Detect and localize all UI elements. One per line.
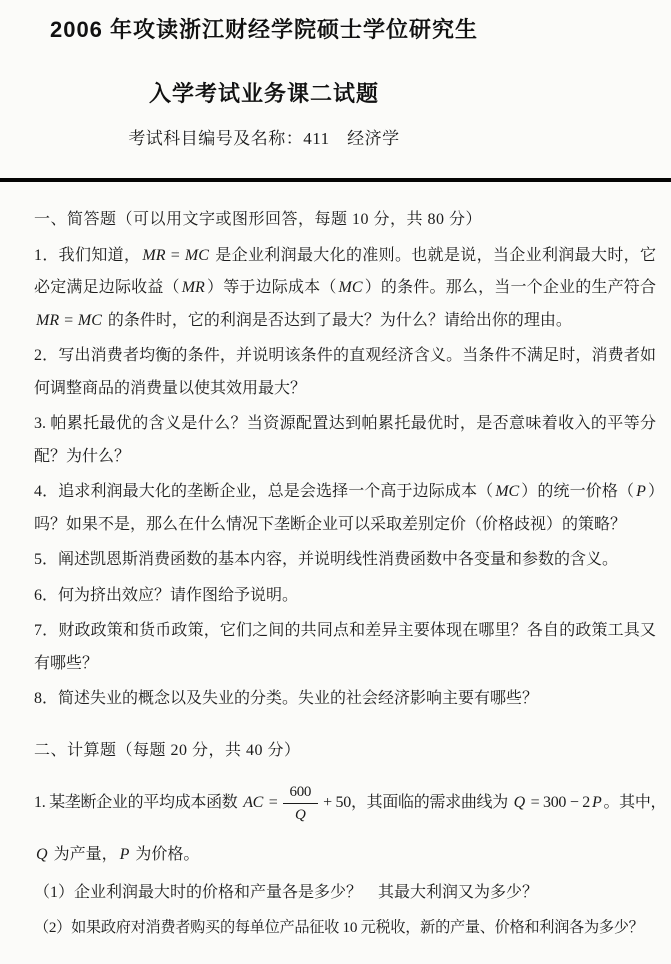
math-constant: + 50 — [323, 794, 351, 811]
section1-heading: 一、简答题（可以用文字或图形回答，每题 10 分，共 80 分） — [34, 204, 656, 237]
math-expression: MR = MC — [34, 312, 104, 329]
exam-title-line1: 2006 年攻读浙江财经学院硕士学位研究生 — [0, 16, 528, 44]
math-expression: MR = MC — [140, 247, 211, 264]
text-run: 4．追求利润最大化的垄断企业，总是会选择一个高于边际成本（ — [34, 483, 493, 500]
exam-header: 2006 年攻读浙江财经学院硕士学位研究生 入学考试业务课二试题 考试科目编号及… — [0, 0, 528, 150]
exam-body: 一、简答题（可以用文字或图形回答，每题 10 分，共 80 分） 1．我们知道，… — [0, 182, 671, 945]
question-7: 7．财政政策和货币政策，它们之间的共同点和差异主要体现在哪里？各自的政策工具又有… — [34, 615, 656, 680]
calc-sub-question-2: （2）如果政府对消费者购买的每单位产品征收 10 元税收，新的产量、价格和利润各… — [34, 912, 656, 945]
exam-paper-page: 2006 年攻读浙江财经学院硕士学位研究生 入学考试业务课二试题 考试科目编号及… — [0, 0, 671, 964]
text-run: 为价格。 — [131, 846, 199, 863]
text-run: 的条件时，它的利润是否达到了最大？为什么？请给出你的理由。 — [104, 312, 572, 329]
question-4: 4．追求利润最大化的垄断企业，总是会选择一个高于边际成本（MC）的统一价格（P）… — [34, 476, 656, 541]
text-run: 1．我们知道， — [34, 247, 140, 264]
calc-sub-question-1: （1）企业利润最大时的价格和产量各是多少？ 其最大利润又为多少？ — [34, 877, 656, 910]
text-run: 为产量， — [50, 846, 118, 863]
text-run: ）等于边际成本（ — [207, 279, 337, 296]
math-variable: Q — [34, 846, 50, 863]
math-variable: MR — [180, 279, 207, 296]
math-constant: = 300 − 2 — [527, 794, 590, 811]
fraction-numerator: 600 — [283, 782, 319, 804]
question-5: 5．阐述凯恩斯消费函数的基本内容，并说明线性消费函数中各变量和参数的含义。 — [34, 544, 656, 577]
calc-question-1: 1. 某垄断企业的平均成本函数 AC =600Q+ 50，其面临的需求曲线为 Q… — [34, 770, 656, 836]
question-6: 6．何为挤出效应？请作图给予说明。 — [34, 580, 656, 613]
fraction-denominator: Q — [283, 804, 319, 825]
text-run: ）的条件。那么，当一个企业的生产符合 — [365, 279, 656, 296]
exam-title-line2: 入学考试业务课二试题 — [0, 80, 528, 108]
equals-sign: = — [265, 794, 277, 811]
math-variable: AC — [241, 794, 265, 811]
text-run: 1. 某垄断企业的平均成本函数 — [34, 794, 241, 811]
text-run: ）的统一价格（ — [521, 483, 634, 500]
math-variable: Q — [512, 794, 527, 811]
question-2: 2．写出消费者均衡的条件，并说明该条件的直观经济含义。当条件不满足时，消费者如何… — [34, 340, 656, 405]
calc-question-1-line2: Q 为产量，P 为价格。 — [34, 839, 656, 872]
question-8: 8．简述失业的概念以及失业的分类。失业的社会经济影响主要有哪些？ — [34, 683, 656, 716]
math-variable: P — [590, 794, 603, 811]
question-1: 1．我们知道，MR = MC 是企业利润最大化的准则。也就是说，当企业利润最大时… — [34, 240, 656, 338]
math-variable: P — [634, 483, 648, 500]
text-run: ，其面临的需求曲线为 — [351, 794, 512, 811]
section2-heading: 二、计算题（每题 20 分，共 40 分） — [34, 735, 656, 768]
math-variable: MC — [337, 279, 365, 296]
math-variable: MC — [493, 483, 521, 500]
text-run: 。其中， — [603, 794, 666, 811]
question-3: 3. 帕累托最优的含义是什么？当资源配置达到帕累托最优时，是否意味着收入的平等分… — [34, 408, 656, 473]
math-variable: P — [118, 846, 132, 863]
subject-line: 考试科目编号及名称：411 经济学 — [0, 128, 528, 150]
fraction: 600Q — [283, 782, 319, 825]
